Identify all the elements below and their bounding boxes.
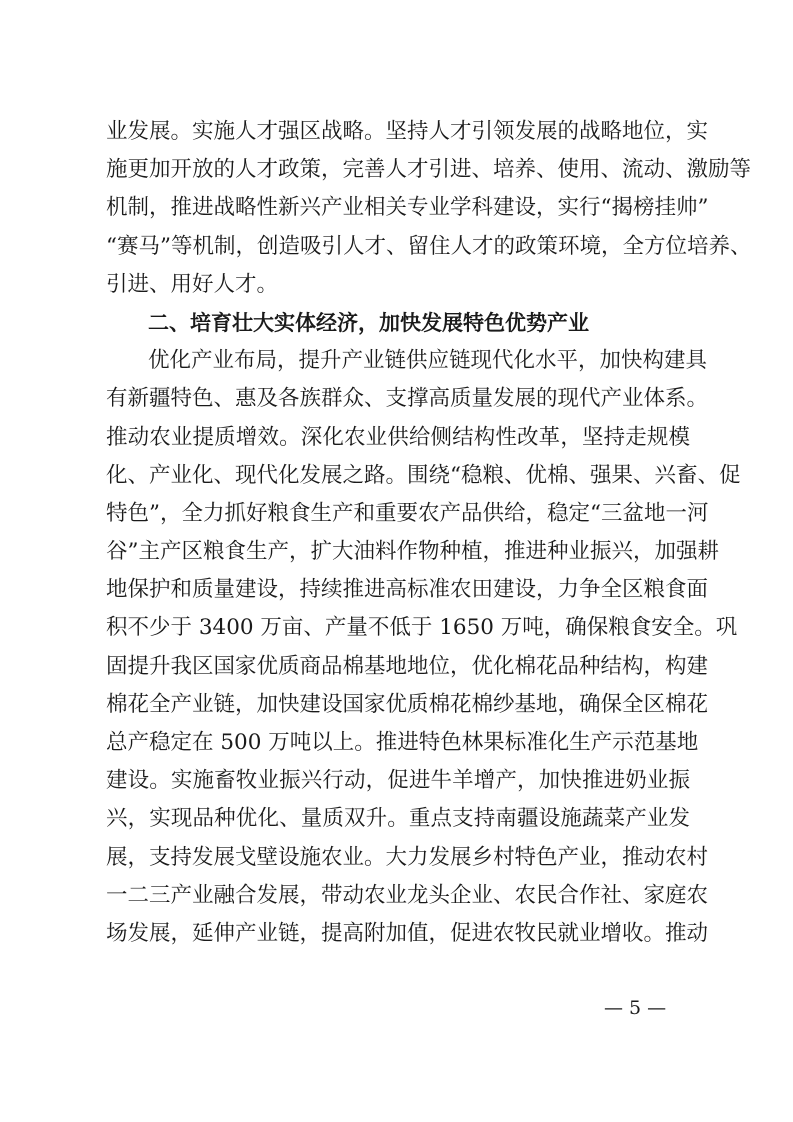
text-line: 总产稳定在 500 万吨以上。推进特色林果标准化生产示范基地 xyxy=(106,724,690,762)
text-line: 一二三产业融合发展，带动农业龙头企业、农民合作社、家庭农 xyxy=(106,877,690,915)
text-line: 谷”主产区粮食生产，扩大油料作物种植，推进种业振兴，加强耕 xyxy=(106,533,690,571)
text-line: 特色”，全力抓好粮食生产和重要农产品供给，稳定“三盆地一河 xyxy=(106,495,690,533)
section-heading: 二、培育壮大实体经济，加快发展特色优势产业 xyxy=(106,304,690,342)
text-line: 机制，推进战略性新兴产业相关专业学科建设，实行“揭榜挂帅” xyxy=(106,189,690,227)
text-line: 有新疆特色、惠及各族群众、支撑高质量发展的现代产业体系。 xyxy=(106,380,690,418)
text-line: 棉花全产业链，加快建设国家优质棉花棉纱基地，确保全区棉花 xyxy=(106,686,690,724)
text-line: 地保护和质量建设，持续推进高标准农田建设，力争全区粮食面 xyxy=(106,571,690,609)
text-line: 业发展。实施人才强区战略。坚持人才引领发展的战略地位，实 xyxy=(106,113,690,151)
page-number: — 5 — xyxy=(604,997,666,1019)
text-line: “赛马”等机制，创造吸引人才、留住人才的政策环境，全方位培养、 xyxy=(106,228,690,266)
text-line: 积不少于 3400 万亩、产量不低于 1650 万吨，确保粮食安全。巩 xyxy=(106,609,690,647)
text-line: 优化产业布局，提升产业链供应链现代化水平，加快构建具 xyxy=(106,342,690,380)
text-line: 场发展，延伸产业链，提高附加值，促进农牧民就业增收。推动 xyxy=(106,915,690,953)
text-line: 施更加开放的人才政策，完善人才引进、培养、使用、流动、激励等 xyxy=(106,151,690,189)
text-line: 化、产业化、现代化发展之路。围绕“稳粮、优棉、强果、兴畜、促 xyxy=(106,457,690,495)
text-line: 引进、用好人才。 xyxy=(106,266,690,304)
text-line: 展，支持发展戈壁设施农业。大力发展乡村特色产业，推动农村 xyxy=(106,839,690,877)
text-line: 固提升我区国家优质商品棉基地地位，优化棉花品种结构，构建 xyxy=(106,648,690,686)
text-line: 建设。实施畜牧业振兴行动，促进牛羊增产，加快推进奶业振 xyxy=(106,762,690,800)
document-page: 业发展。实施人才强区战略。坚持人才引领发展的战略地位，实 施更加开放的人才政策，… xyxy=(106,113,690,953)
text-line: 兴，实现品种优化、量质双升。重点支持南疆设施蔬菜产业发 xyxy=(106,800,690,838)
text-line: 推动农业提质增效。深化农业供给侧结构性改革，坚持走规模 xyxy=(106,419,690,457)
